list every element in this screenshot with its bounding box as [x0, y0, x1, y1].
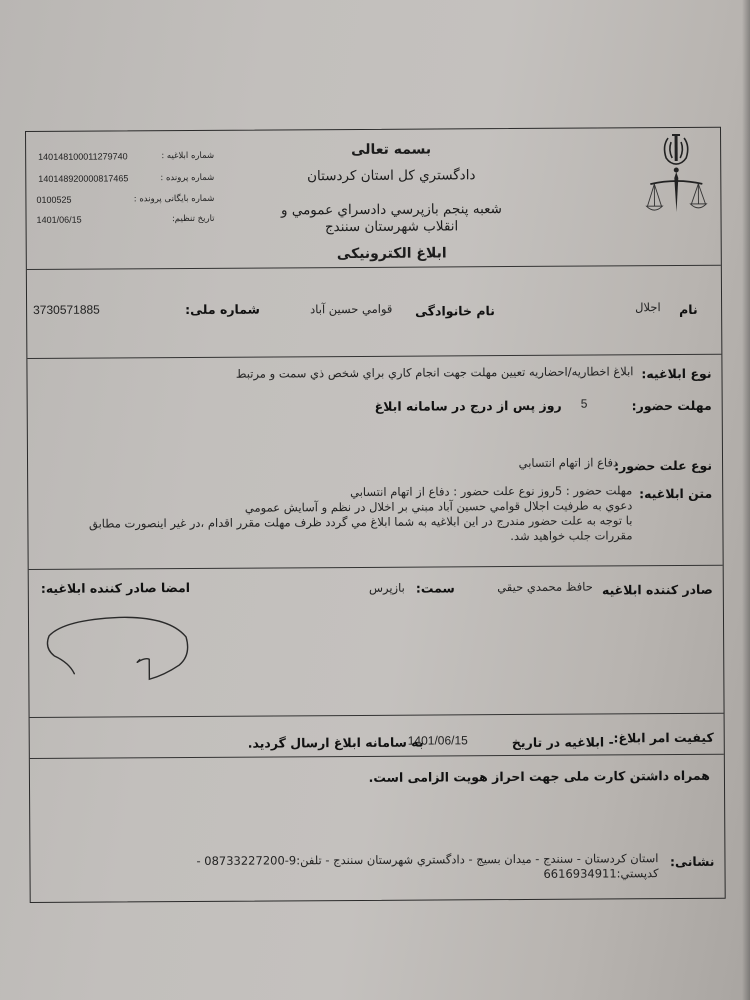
meta-label-notice-number: شماره ابلاغیه :: [152, 151, 214, 161]
issuer-name: حافظ محمدي حيقي: [497, 580, 593, 595]
branch-line-1: شعبه پنجم بازپرسي دادسراي عمومي و: [241, 201, 541, 219]
meta-label-issue-date: تاریخ تنظیم:: [153, 214, 215, 224]
signature-label: امضا صادر کننده ابلاغیه:: [41, 580, 190, 596]
judiciary-emblem-icon: [644, 132, 709, 224]
deadline-text: روز پس از درج در سامانه ابلاغ: [375, 398, 562, 414]
divider-header: [27, 265, 721, 270]
paper-edge-shadow: [742, 0, 750, 1000]
deadline-label: مهلت حضور:: [632, 398, 712, 413]
national-id-label: شماره ملی:: [185, 302, 260, 317]
address-line-2: کدپستي:6616934911: [543, 866, 658, 881]
notice-type-value: ابلاغ اخطاریه/احضاریه تعیین مهلت جهت انج…: [236, 364, 634, 380]
divider-delivery: [30, 754, 724, 759]
invocation-text: بسمه تعالی: [331, 141, 451, 158]
issuer-label: صادر کننده ابلاغیه: [602, 582, 713, 598]
id-requirement-notice: همراه داشتن کارت ملی جهت احراز هویت الزا…: [369, 768, 710, 785]
delivery-label: کیفیت امر ابلاغ:: [613, 730, 713, 746]
meta-value-case-number: 140148920000817465: [38, 173, 128, 184]
court-name: دادگستري کل استان کردستان: [281, 167, 501, 184]
address-line-1: استان کردستان - سنندج - ميدان بسيج - داد…: [196, 851, 658, 868]
position-label: سمت:: [416, 580, 455, 595]
meta-label-case-number: شماره پرونده :: [152, 173, 214, 183]
notice-text-label: متن ابلاغیه:: [639, 486, 712, 501]
meta-value-issue-date: 1401/06/15: [37, 215, 82, 225]
position-value: بازپرس: [369, 581, 405, 595]
reason-value: دفاع از اتهام انتسابي: [519, 455, 619, 470]
delivery-prefix: - ابلاغیه در تاریخ: [512, 734, 614, 750]
deadline-days: 5: [581, 397, 588, 411]
notice-type-label: نوع ابلاغیه:: [641, 366, 711, 381]
divider-recipient: [27, 354, 721, 359]
divider-notice: [29, 565, 723, 570]
first-name-label: نام: [679, 302, 698, 317]
branch-line-2: انقلاب شهرستان سنندج: [242, 218, 542, 236]
meta-value-archive-number: 0100525: [36, 195, 71, 205]
address-label: نشانی:: [670, 854, 715, 869]
last-name-value: قوامي حسين آباد: [310, 302, 392, 317]
document-type-title: ابلاغ الکترونیکی: [282, 245, 502, 262]
notice-text-body: مهلت حضور : 5روز نوع علت حضور : دفاع از …: [32, 483, 632, 547]
first-name-value: اجلال: [635, 300, 661, 314]
handwritten-signature: [39, 607, 210, 698]
divider-issuer: [30, 713, 724, 718]
meta-label-archive-number: شماره بایگانی پرونده :: [116, 194, 214, 205]
delivery-suffix: به سامانه ابلاغ ارسال گردید.: [248, 735, 424, 751]
meta-value-notice-number: 140148100011279740: [38, 151, 127, 162]
reason-label: نوع علت حضور:: [614, 458, 712, 474]
national-id-value: 3730571885: [33, 303, 100, 317]
last-name-label: نام خانوادگی: [415, 303, 495, 318]
notice-form: بسمه تعالی دادگستري کل استان کردستان شعب…: [25, 127, 726, 903]
